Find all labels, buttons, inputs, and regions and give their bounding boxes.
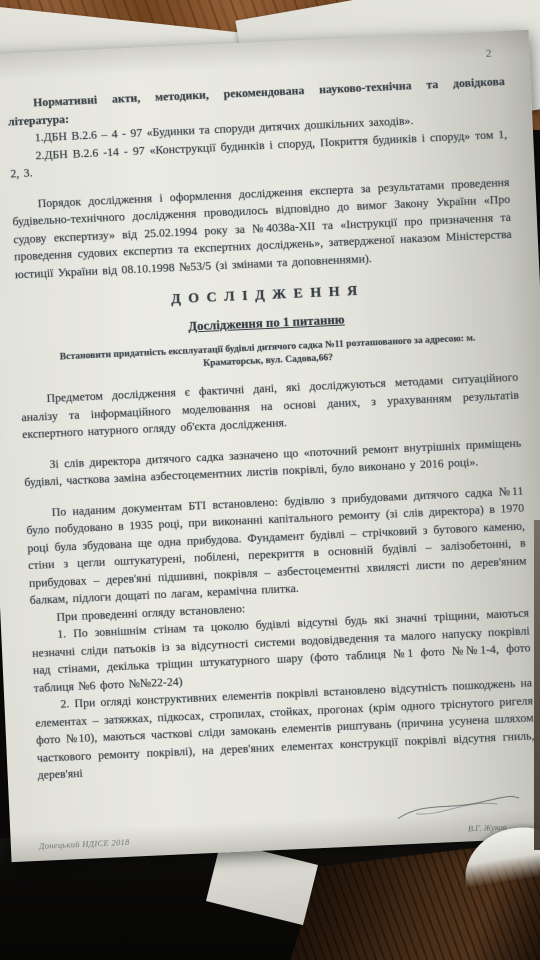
procedure-paragraph: Порядок дослідження і оформлення дослідж… bbox=[11, 173, 512, 283]
page-content: 2 Нормативні акти, методики, рекомендова… bbox=[0, 30, 540, 862]
page-right-edge-shadow bbox=[534, 520, 540, 850]
director-quote-paragraph: Зі слів директора дитячого садка зазначе… bbox=[23, 434, 522, 492]
subject-paragraph: Предметом дослідження є фактичні дані, я… bbox=[20, 369, 520, 444]
document-page: 2 Нормативні акти, методики, рекомендова… bbox=[0, 30, 540, 862]
photo-scene: 2 Нормативні акти, методики, рекомендова… bbox=[0, 0, 540, 960]
footer-organization: Донецький НДІСЕ 2018 bbox=[39, 837, 130, 851]
signature-stroke bbox=[393, 791, 524, 827]
